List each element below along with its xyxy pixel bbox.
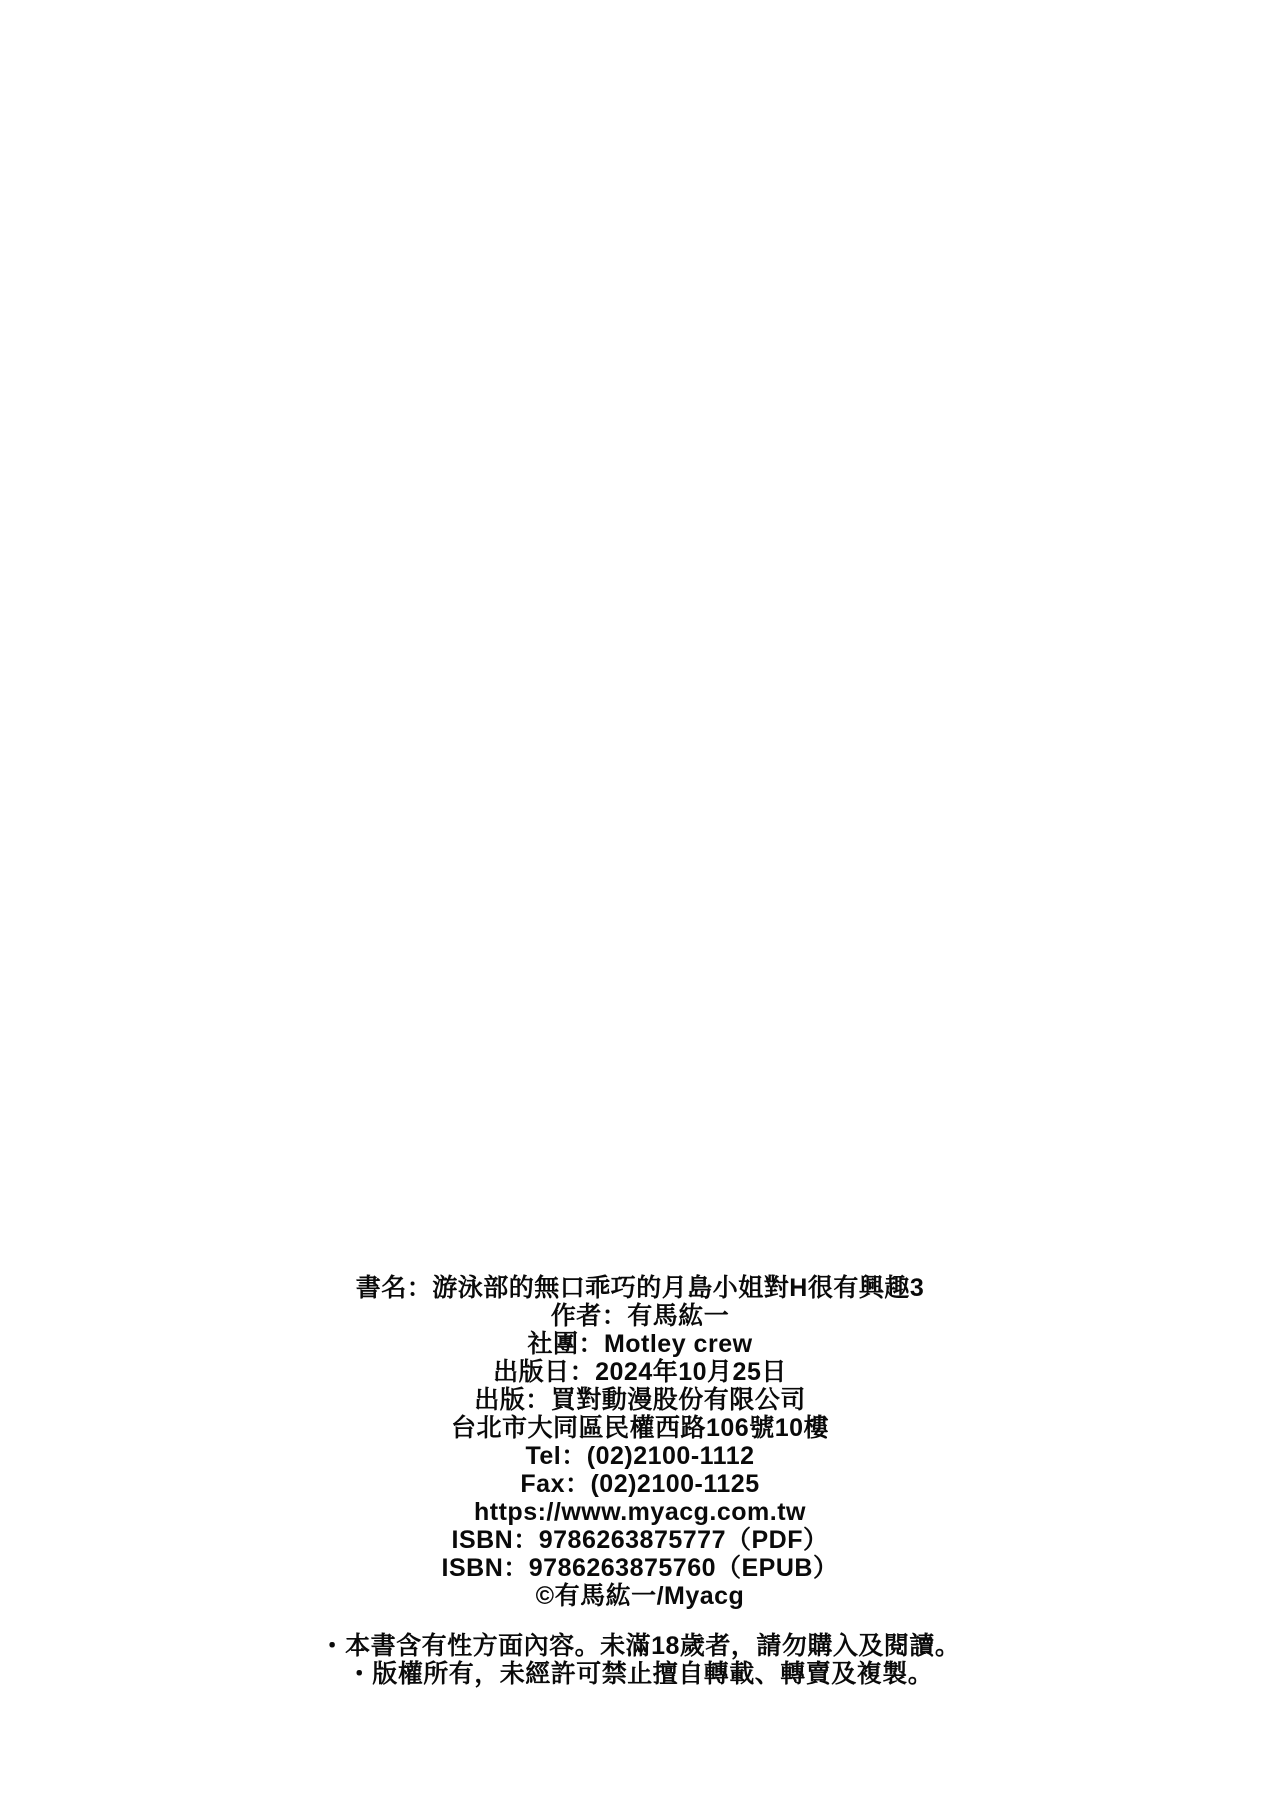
- book-title-line: 書名：游泳部的無口乖巧的月島小姐對H很有興趣3: [0, 1274, 1280, 1302]
- publisher-line: 出版：買對動漫股份有限公司: [0, 1386, 1280, 1414]
- copyright-notice: ・版權所有，未經許可禁止擅自轉載、轉賣及複製。: [0, 1660, 1280, 1688]
- isbn-epub-line: ISBN：9786263875760（EPUB）: [0, 1554, 1280, 1582]
- notices-block: ・本書含有性方面內容。未滿18歲者，請勿購入及閱讀。 ・版權所有，未經許可禁止擅…: [0, 1632, 1280, 1688]
- isbn-pdf-line: ISBN：9786263875777（PDF）: [0, 1526, 1280, 1554]
- tel-line: Tel：(02)2100-1112: [0, 1442, 1280, 1470]
- publisher-address-line: 台北市大同區民權西路106號10樓: [0, 1414, 1280, 1442]
- circle-line: 社團：Motley crew: [0, 1330, 1280, 1358]
- adult-warning-notice: ・本書含有性方面內容。未滿18歲者，請勿購入及閱讀。: [0, 1632, 1280, 1660]
- publish-date-line: 出版日：2024年10月25日: [0, 1358, 1280, 1386]
- copyright-line: ©有馬紘一/Myacg: [0, 1582, 1280, 1610]
- fax-line: Fax：(02)2100-1125: [0, 1470, 1280, 1498]
- author-line: 作者：有馬紘一: [0, 1302, 1280, 1330]
- colophon-page: 書名：游泳部的無口乖巧的月島小姐對H很有興趣3 作者：有馬紘一 社團：Motle…: [0, 0, 1280, 1807]
- colophon-block: 書名：游泳部的無口乖巧的月島小姐對H很有興趣3 作者：有馬紘一 社團：Motle…: [0, 1274, 1280, 1688]
- website-line: https://www.myacg.com.tw: [0, 1498, 1280, 1526]
